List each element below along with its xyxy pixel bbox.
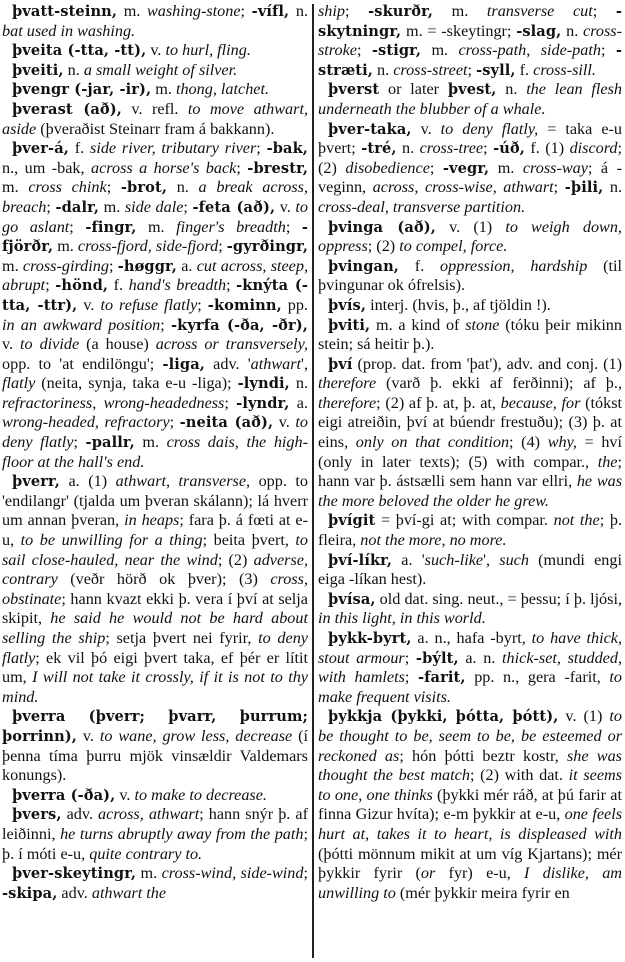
- headword: -fingr,: [85, 219, 136, 236]
- headword: þvengr (-jar, -ir),: [12, 81, 151, 98]
- headword: þver-skeytingr,: [12, 865, 136, 882]
- headword: -bak,: [267, 140, 308, 157]
- definition-text: cross-path, side-path: [459, 41, 601, 59]
- definition-text: cross-street: [393, 61, 467, 79]
- body-text: ;: [554, 178, 565, 196]
- body-text: ;: [109, 257, 118, 275]
- body-text: v.: [77, 296, 100, 314]
- headword: þver-taka,: [328, 121, 412, 138]
- dictionary-entry: því (prop. dat. from 'þat'), adv. and co…: [318, 355, 622, 512]
- body-text: ; (2) af þ. at, þ. at,: [376, 394, 501, 412]
- headword: þveita (-tta, -tt),: [12, 42, 146, 59]
- headword: þvers,: [12, 806, 62, 823]
- body-text: m.: [433, 2, 487, 20]
- body-text: ;: [183, 198, 192, 216]
- body-text: n.: [496, 80, 526, 98]
- body-text: opp. to 'at endilöngu';: [2, 355, 162, 373]
- body-text: m.: [421, 41, 458, 59]
- definition-text: the: [598, 453, 618, 471]
- headword: -stigr,: [372, 42, 421, 59]
- body-text: ;: [601, 41, 616, 59]
- body-text: ;: [170, 413, 180, 431]
- definition-text: such-like: [425, 551, 483, 569]
- headword: þver-á,: [12, 140, 69, 157]
- body-text: ;: [468, 61, 477, 79]
- body-text: ;: [430, 159, 443, 177]
- body-text: v.: [275, 198, 295, 216]
- body-text: f. (1): [525, 139, 570, 157]
- headword: -gyrðingr,: [227, 238, 308, 255]
- headword: -pallr,: [86, 434, 135, 451]
- body-text: old dat. sing. neut., = þessu; í þ. ljós…: [376, 590, 622, 608]
- definition-text: or: [421, 864, 435, 882]
- body-text: ;: [107, 178, 121, 196]
- headword: -hönd,: [55, 277, 108, 294]
- body-text: interj. (hvis, þ., af tjöldin !).: [366, 296, 551, 314]
- definition-text: hand's breadth: [129, 276, 226, 294]
- headword: þvingan,: [328, 258, 399, 275]
- body-text: (neita, synja, taka e-u -liga);: [35, 374, 237, 392]
- body-text: ; setja þvert nei fyrir,: [105, 629, 258, 647]
- headword: -dalr,: [55, 199, 99, 216]
- dictionary-entry: þvers, adv. across, athwart; hann snýr þ…: [2, 805, 308, 864]
- definition-text: in this light, in this world.: [318, 609, 486, 627]
- headword: þverra (-ða),: [12, 787, 115, 804]
- body-text: adv. ': [205, 355, 251, 373]
- body-text: m.: [135, 433, 167, 451]
- definition-text: in an awkward position: [2, 316, 160, 334]
- body-text: v.: [412, 120, 441, 138]
- definition-text: cross-fjord, side-fjord: [78, 237, 218, 255]
- headword: -lyndr,: [236, 395, 289, 412]
- left-column: þvatt-steinn, m. washing-stone; -vífl, n…: [2, 2, 308, 903]
- headword: -kominn,: [208, 297, 282, 314]
- body-text: n.: [397, 139, 420, 157]
- headword: -býlt,: [416, 650, 459, 667]
- headword: -skurðr,: [368, 3, 433, 20]
- body-text: ;: [160, 316, 171, 334]
- body-text: n.: [373, 61, 393, 79]
- headword: -syll,: [476, 62, 516, 79]
- body-text: ',: [301, 355, 308, 373]
- definition-text: I will not take it crossly, if it is not…: [2, 668, 308, 706]
- definition-text: side dale: [125, 198, 184, 216]
- body-text: f.: [69, 139, 90, 157]
- headword: þveiti,: [12, 62, 64, 79]
- dictionary-entry: þvingan, f. oppression, hardship (til þv…: [318, 257, 622, 296]
- body-text: pp. n., gera -farit,: [466, 668, 610, 686]
- dictionary-entry: þveiti, n. a small weight of silver.: [2, 61, 308, 81]
- dictionary-entry: þveita (-tta, -tt), v. to hurl, fling.: [2, 41, 308, 61]
- body-text: adv.: [62, 805, 98, 823]
- definition-text: cross-way: [523, 159, 588, 177]
- dictionary-page: þvatt-steinn, m. washing-stone; -vífl, n…: [0, 0, 625, 962]
- right-column: ship; -skurðr, m. transverse cut; -skytn…: [318, 2, 622, 903]
- definition-text: such: [499, 551, 529, 569]
- body-text: m.: [136, 864, 162, 882]
- headword: þykk-byrt,: [328, 630, 412, 647]
- body-text: m.: [2, 257, 23, 275]
- definition-text: across, cross-wise, athwart: [373, 178, 554, 196]
- body-text: m.: [151, 80, 176, 98]
- definition-text: to wane, grow less, decrease: [100, 727, 292, 745]
- headword: þvígit: [328, 512, 375, 529]
- body-text: ;: [218, 237, 227, 255]
- body-text: m.: [2, 178, 28, 196]
- definition-text: washing-stone: [147, 2, 241, 20]
- headword: -farit,: [418, 669, 466, 686]
- dictionary-entry: þykk-byrt, a. n., hafa -byrt, to have th…: [318, 629, 622, 707]
- definition-text: flatly: [2, 374, 35, 392]
- body-text: m.: [117, 2, 147, 20]
- body-text: (prop. dat. from 'þat'), adv. and conj. …: [353, 355, 622, 373]
- dictionary-entry: þverra (-ða), v. to make to decrease.: [2, 786, 308, 806]
- definition-text: across or transversely,: [156, 335, 308, 353]
- body-text: f.: [108, 276, 129, 294]
- headword: -høggr,: [118, 258, 177, 275]
- body-text: v.: [2, 335, 20, 353]
- definition-text: cross-tree: [420, 139, 484, 157]
- body-text: ; beita þvert,: [203, 531, 296, 549]
- definition-text: across, athwart: [98, 805, 199, 823]
- definition-text: ship: [318, 2, 345, 20]
- dictionary-entry: þverr, a. (1) athwart, transverse, opp. …: [2, 472, 308, 707]
- body-text: (varð þ. ekki af ferðinni); af þ.,: [376, 374, 622, 392]
- definition-text: only on that condition: [356, 433, 509, 451]
- body-text: ;: [593, 2, 616, 20]
- definition-text: disobedience: [345, 159, 430, 177]
- definition-text: finger's breadth: [176, 218, 286, 236]
- body-text: n.: [561, 22, 583, 40]
- body-text: a. n.: [459, 649, 502, 667]
- body-text: m.: [53, 237, 78, 255]
- definition-text: cross chink: [28, 178, 106, 196]
- headword: því-líkr,: [328, 552, 392, 569]
- definition-text: refractoriness, wrong-headedness: [2, 394, 224, 412]
- definition-text: to be unwilling for a thing: [21, 531, 203, 549]
- body-text: v.: [115, 786, 134, 804]
- headword: -lyndi,: [238, 375, 290, 392]
- body-text: ;: [45, 276, 55, 294]
- body-text: ; (2): [218, 551, 254, 569]
- definition-text: across a horse's back: [91, 159, 236, 177]
- body-text: adv.: [57, 884, 91, 902]
- body-text: m.: [99, 198, 125, 216]
- headword: -vegr,: [443, 160, 489, 177]
- body-text: ',: [483, 551, 499, 569]
- body-text: ;: [345, 2, 368, 20]
- definition-text: not the: [554, 511, 600, 529]
- headword: -skipa,: [2, 885, 57, 902]
- definition-text: cross-sill.: [533, 61, 596, 79]
- definition-text: cross-wind, side-wind: [162, 864, 304, 882]
- headword: þvísa,: [328, 591, 376, 608]
- body-text: v.: [273, 413, 295, 431]
- headword: -liga,: [162, 356, 205, 373]
- headword: -slag,: [516, 23, 561, 40]
- body-text: ;: [304, 864, 309, 882]
- body-text: ;: [405, 668, 418, 686]
- headword: -feta (að),: [193, 199, 276, 216]
- dictionary-entry: þvísa, old dat. sing. neut., = þessu; í …: [318, 590, 622, 629]
- dictionary-entry: þviti, m. a kind of stone (tóku þeir mik…: [318, 316, 622, 355]
- dictionary-entry: þverast (að), v. refl. to move athwart, …: [2, 100, 308, 139]
- body-text: or later: [379, 80, 448, 98]
- body-text: ;: [73, 433, 85, 451]
- headword: -þili,: [565, 179, 604, 196]
- body-text: n.: [64, 61, 84, 79]
- definition-text: to compel, force.: [399, 237, 507, 255]
- body-text: (þveraðist Steinarr fram á bakkann).: [36, 120, 274, 138]
- body-text: v. refl.: [122, 100, 188, 118]
- headword: þvís,: [328, 297, 366, 314]
- definition-text: bat used in washing.: [2, 22, 135, 40]
- body-text: (a house): [79, 335, 156, 353]
- body-text: ;: [224, 394, 236, 412]
- dictionary-entry: þvatt-steinn, m. washing-stone; -vífl, n…: [2, 2, 308, 41]
- dictionary-entry: þver-skeytingr, m. cross-wind, side-wind…: [2, 864, 308, 903]
- dictionary-entry: þykkja (þykki, þótta, þótt), v. (1) to b…: [318, 707, 622, 903]
- definition-text: side river, tributary river: [90, 139, 256, 157]
- body-text: v. (1): [558, 707, 609, 725]
- body-text: ; (4): [509, 433, 548, 451]
- definition-text: in heaps: [124, 511, 179, 529]
- body-text: ;: [483, 139, 493, 157]
- body-text: ;: [197, 296, 208, 314]
- definition-text: cross-girding: [23, 257, 109, 275]
- dictionary-entry: þvígit = því-gi at; with compar. not the…: [318, 511, 622, 550]
- dictionary-entry: þver-á, f. side river, tributary river; …: [2, 139, 308, 472]
- body-text: (veðr hörð ok þver); (3): [58, 570, 271, 588]
- dictionary-entry: þverst or later þvest, n. the lean flesh…: [318, 80, 622, 119]
- body-text: n.: [290, 374, 308, 392]
- definition-text: athwart, transverse,: [116, 472, 250, 490]
- definition-text: to make to decrease.: [135, 786, 267, 804]
- definition-text: because, for: [501, 394, 581, 412]
- definition-text: to divide: [20, 335, 79, 353]
- definition-text: therefore: [318, 374, 376, 392]
- definition-text: thong, latchet.: [176, 80, 269, 98]
- body-text: v. (1): [436, 218, 505, 236]
- body-text: ; hón þótti beztr kostr,: [399, 747, 567, 765]
- body-text: n.: [603, 178, 622, 196]
- definition-text: why,: [548, 433, 577, 451]
- body-text: ; (2) with dat.: [470, 766, 569, 784]
- headword: þvest,: [448, 81, 497, 98]
- body-text: ;: [226, 276, 236, 294]
- definition-text: transverse cut: [487, 2, 593, 20]
- body-text: a.: [289, 394, 308, 412]
- body-text: a. (1): [60, 472, 116, 490]
- dictionary-entry: þver-taka, v. to deny flatly, = taka e-u…: [318, 120, 622, 218]
- body-text: ;: [286, 218, 302, 236]
- dictionary-entry: ship; -skurðr, m. transverse cut; -skytn…: [318, 2, 622, 80]
- definition-text: stone: [465, 316, 499, 334]
- definition-text: to refuse flatly: [100, 296, 197, 314]
- body-text: a. n., hafa -byrt,: [412, 629, 532, 647]
- headword: þvinga (að),: [328, 219, 436, 236]
- definition-text: cross-deal, transverse partition.: [318, 198, 525, 216]
- column-divider: [312, 4, 314, 958]
- definition-text: to hurl, fling.: [165, 41, 250, 59]
- body-text: ; (2): [368, 237, 399, 255]
- definition-text: oppression, hardship: [440, 257, 587, 275]
- definition-text: discord: [570, 139, 618, 157]
- headword: þviti,: [328, 317, 370, 334]
- body-text: m.: [136, 218, 176, 236]
- body-text: (mér þykkir meira fyrir en: [396, 884, 570, 902]
- definition-text: athwart: [251, 355, 301, 373]
- dictionary-entry: þverra (þverr; þvarr, þurrum; þorrinn), …: [2, 707, 308, 785]
- body-text: a. ': [392, 551, 425, 569]
- definition-text: quite contrary to.: [89, 845, 202, 863]
- definition-text: therefore: [318, 394, 376, 412]
- headword: -tré,: [361, 140, 396, 157]
- headword: þverr,: [12, 473, 60, 490]
- headword: -kyrfa (-ða, -ðr),: [171, 317, 308, 334]
- headword: þykkja (þykki, þótta, þótt),: [328, 708, 558, 725]
- body-text: n., um -bak,: [2, 159, 91, 177]
- definition-text: a small weight of silver.: [84, 61, 237, 79]
- body-text: m.: [489, 159, 523, 177]
- body-text: ;: [256, 139, 266, 157]
- body-text: ;: [357, 41, 372, 59]
- dictionary-entry: þvengr (-jar, -ir), m. thong, latchet.: [2, 80, 308, 100]
- body-text: ;: [405, 649, 416, 667]
- definition-text: he turns abruptly away from the path: [60, 825, 303, 843]
- headword: því: [328, 356, 353, 373]
- definition-text: wrong-headed, refractory: [2, 413, 170, 431]
- body-text: = því-gi at; with compar.: [375, 511, 553, 529]
- dictionary-entry: þvís, interj. (hvis, þ., af tjöldin !).: [318, 296, 622, 316]
- body-text: f.: [516, 61, 534, 79]
- dictionary-entry: því-líkr, a. 'such-like', such (mundi en…: [318, 551, 622, 590]
- dictionary-entry: þvinga (að), v. (1) to weigh down, oppre…: [318, 218, 622, 257]
- body-text: ;: [241, 2, 252, 20]
- body-text: fyr) e-u,: [435, 864, 524, 882]
- body-text: ;: [236, 159, 247, 177]
- body-text: m. a kind of: [370, 316, 465, 334]
- body-text: pp.: [282, 296, 308, 314]
- headword: þvatt-steinn,: [12, 3, 117, 20]
- body-text: n.: [167, 178, 199, 196]
- headword: þverast (að),: [12, 101, 122, 118]
- headword: -vífl,: [252, 3, 290, 20]
- definition-text: to deny flatly,: [441, 120, 539, 138]
- headword: -úð,: [493, 140, 525, 157]
- body-text: m. = -skeytingr;: [401, 22, 516, 40]
- body-text: ;: [69, 218, 85, 236]
- headword: -brestr,: [247, 160, 308, 177]
- definition-text: athwart the: [92, 884, 166, 902]
- body-text: n.: [289, 2, 308, 20]
- body-text: v.: [77, 727, 100, 745]
- definition-text: not the more, no more.: [360, 531, 506, 549]
- body-text: v.: [146, 41, 165, 59]
- headword: -brot,: [121, 179, 167, 196]
- body-text: a.: [177, 257, 197, 275]
- headword: þverst: [328, 81, 379, 98]
- body-text: f.: [399, 257, 440, 275]
- headword: -neita (að),: [180, 414, 274, 431]
